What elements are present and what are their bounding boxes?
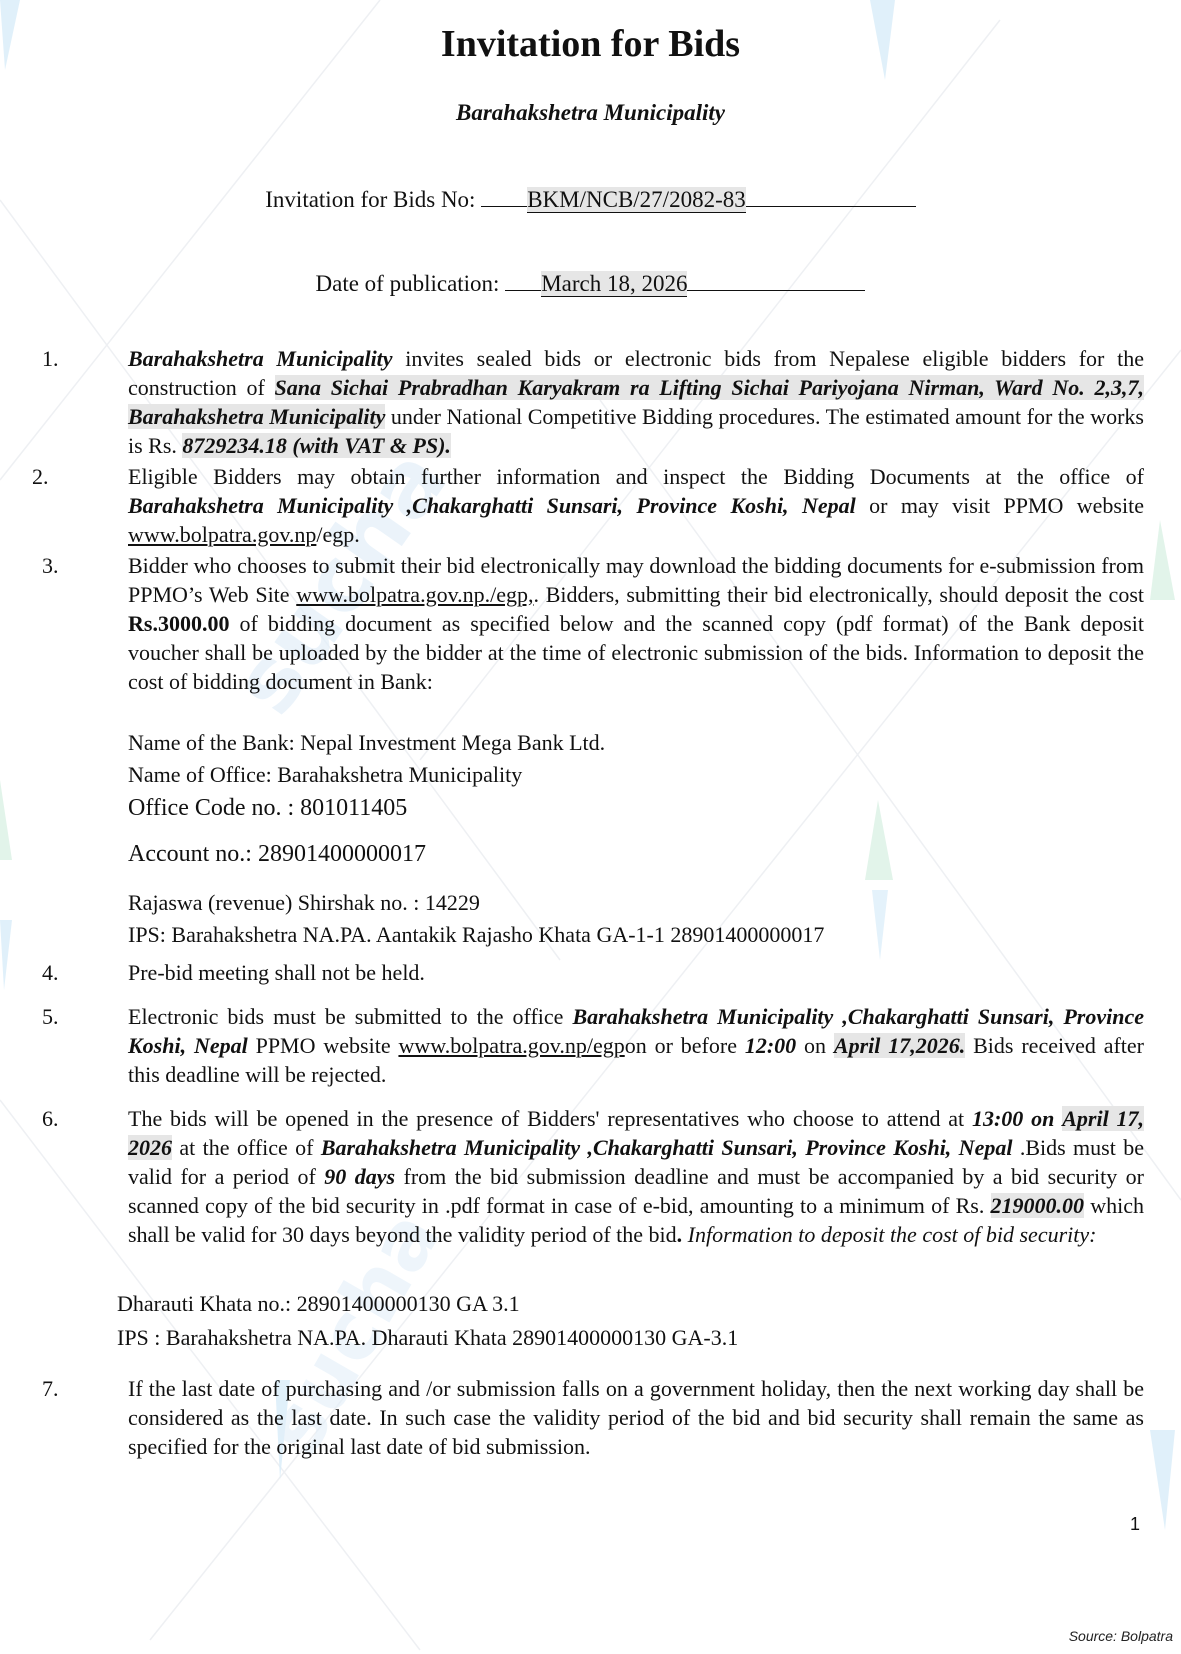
dharauti-khata: Dharauti Khata no.: 28901400000130 GA 3.… (117, 1291, 520, 1317)
item-number: 6. (42, 1104, 59, 1133)
text-span: Eligible Bidders may obtain further info… (128, 464, 1144, 489)
item-text: The bids will be opened in the presence … (128, 1104, 1144, 1249)
text-span: on or before (625, 1033, 745, 1058)
item-number: 7. (42, 1374, 59, 1403)
text-span: Electronic bids must be submitted to the… (128, 1004, 572, 1029)
bolpatra-link[interactable]: www.bolpatra.gov.np/egp (398, 1033, 624, 1058)
account-number: Account no.: 28901400000017 (128, 841, 426, 868)
publication-date-line: Date of publication: March 18, 2026 (0, 270, 1181, 297)
text-span: at the office of (172, 1135, 321, 1160)
bolpatra-link[interactable]: www.bolpatra.gov.np (128, 522, 316, 547)
submission-date: April 17,2026. (834, 1033, 965, 1058)
publication-date: March 18, 2026 (541, 271, 687, 297)
item-number: 2. (32, 462, 49, 491)
bid-security-amount: 219000.00 (991, 1193, 1085, 1218)
estimated-amount: 8729234.18 (with VAT & PS). (182, 433, 451, 458)
text-span: . Bidders, submitting their bid electron… (534, 582, 1144, 607)
document-title: Invitation for Bids (0, 22, 1181, 66)
text-span: The bids will be opened in the presence … (128, 1106, 972, 1131)
submission-time: 12:00 (745, 1033, 796, 1058)
text-span: on (796, 1033, 834, 1058)
ips-dharauti: IPS : Barahakshetra NA.PA. Dharauti Khat… (117, 1325, 738, 1351)
item-text: Pre-bid meeting shall not be held. (128, 958, 1144, 987)
item-number: 4. (42, 958, 59, 987)
opening-time: 13:00 on (972, 1106, 1054, 1131)
text-span: PPMO website (248, 1033, 399, 1058)
office-code: Office Code no. : 801011405 (128, 795, 407, 822)
text-span: /egp. (316, 522, 359, 547)
office-address: Barahakshetra Municipality ,Chakarghatti… (128, 493, 856, 518)
text-span: of bidding document as specified below a… (128, 611, 1144, 694)
ifb-number-line: Invitation for Bids No: BKM/NCB/27/2082-… (0, 186, 1181, 213)
document-subtitle: Barahakshetra Municipality (0, 100, 1181, 126)
municipality-name: Barahakshetra Municipality (128, 346, 393, 371)
validity-period: 90 days (324, 1164, 395, 1189)
item-number: 5. (42, 1002, 59, 1031)
source-credit: Source: Bolpatra (1069, 1628, 1173, 1644)
office-name: Name of Office: Barahakshetra Municipali… (128, 762, 522, 788)
office-address: Barahakshetra Municipality ,Chakarghatti… (321, 1135, 1013, 1160)
ifb-number-label: Invitation for Bids No: (265, 187, 481, 212)
ifb-number: BKM/NCB/27/2082-83 (527, 187, 746, 213)
text-span: or may visit PPMO website (856, 493, 1144, 518)
text-span: . (677, 1222, 688, 1247)
item-text: Eligible Bidders may obtain further info… (128, 462, 1144, 549)
item-text: Bidder who chooses to submit their bid e… (128, 551, 1144, 696)
bid-security-info: Information to deposit the cost of bid s… (688, 1222, 1097, 1247)
bolpatra-link[interactable]: www.bolpatra.gov.np./egp, (296, 582, 533, 607)
item-number: 3. (42, 551, 59, 580)
bank-name: Name of the Bank: Nepal Investment Mega … (128, 730, 605, 756)
item-number: 1. (42, 344, 59, 373)
item-text: Barahakshetra Municipality invites seale… (128, 344, 1144, 460)
ips-revenue: IPS: Barahakshetra NA.PA. Aantakik Rajas… (128, 922, 824, 948)
page-number: 1 (1130, 1514, 1140, 1535)
item-text: If the last date of purchasing and /or s… (128, 1374, 1144, 1461)
document-cost: Rs.3000.00 (128, 611, 229, 636)
item-text: Electronic bids must be submitted to the… (128, 1002, 1144, 1089)
publication-date-label: Date of publication: (316, 271, 506, 296)
revenue-heading: Rajaswa (revenue) Shirshak no. : 14229 (128, 890, 480, 916)
